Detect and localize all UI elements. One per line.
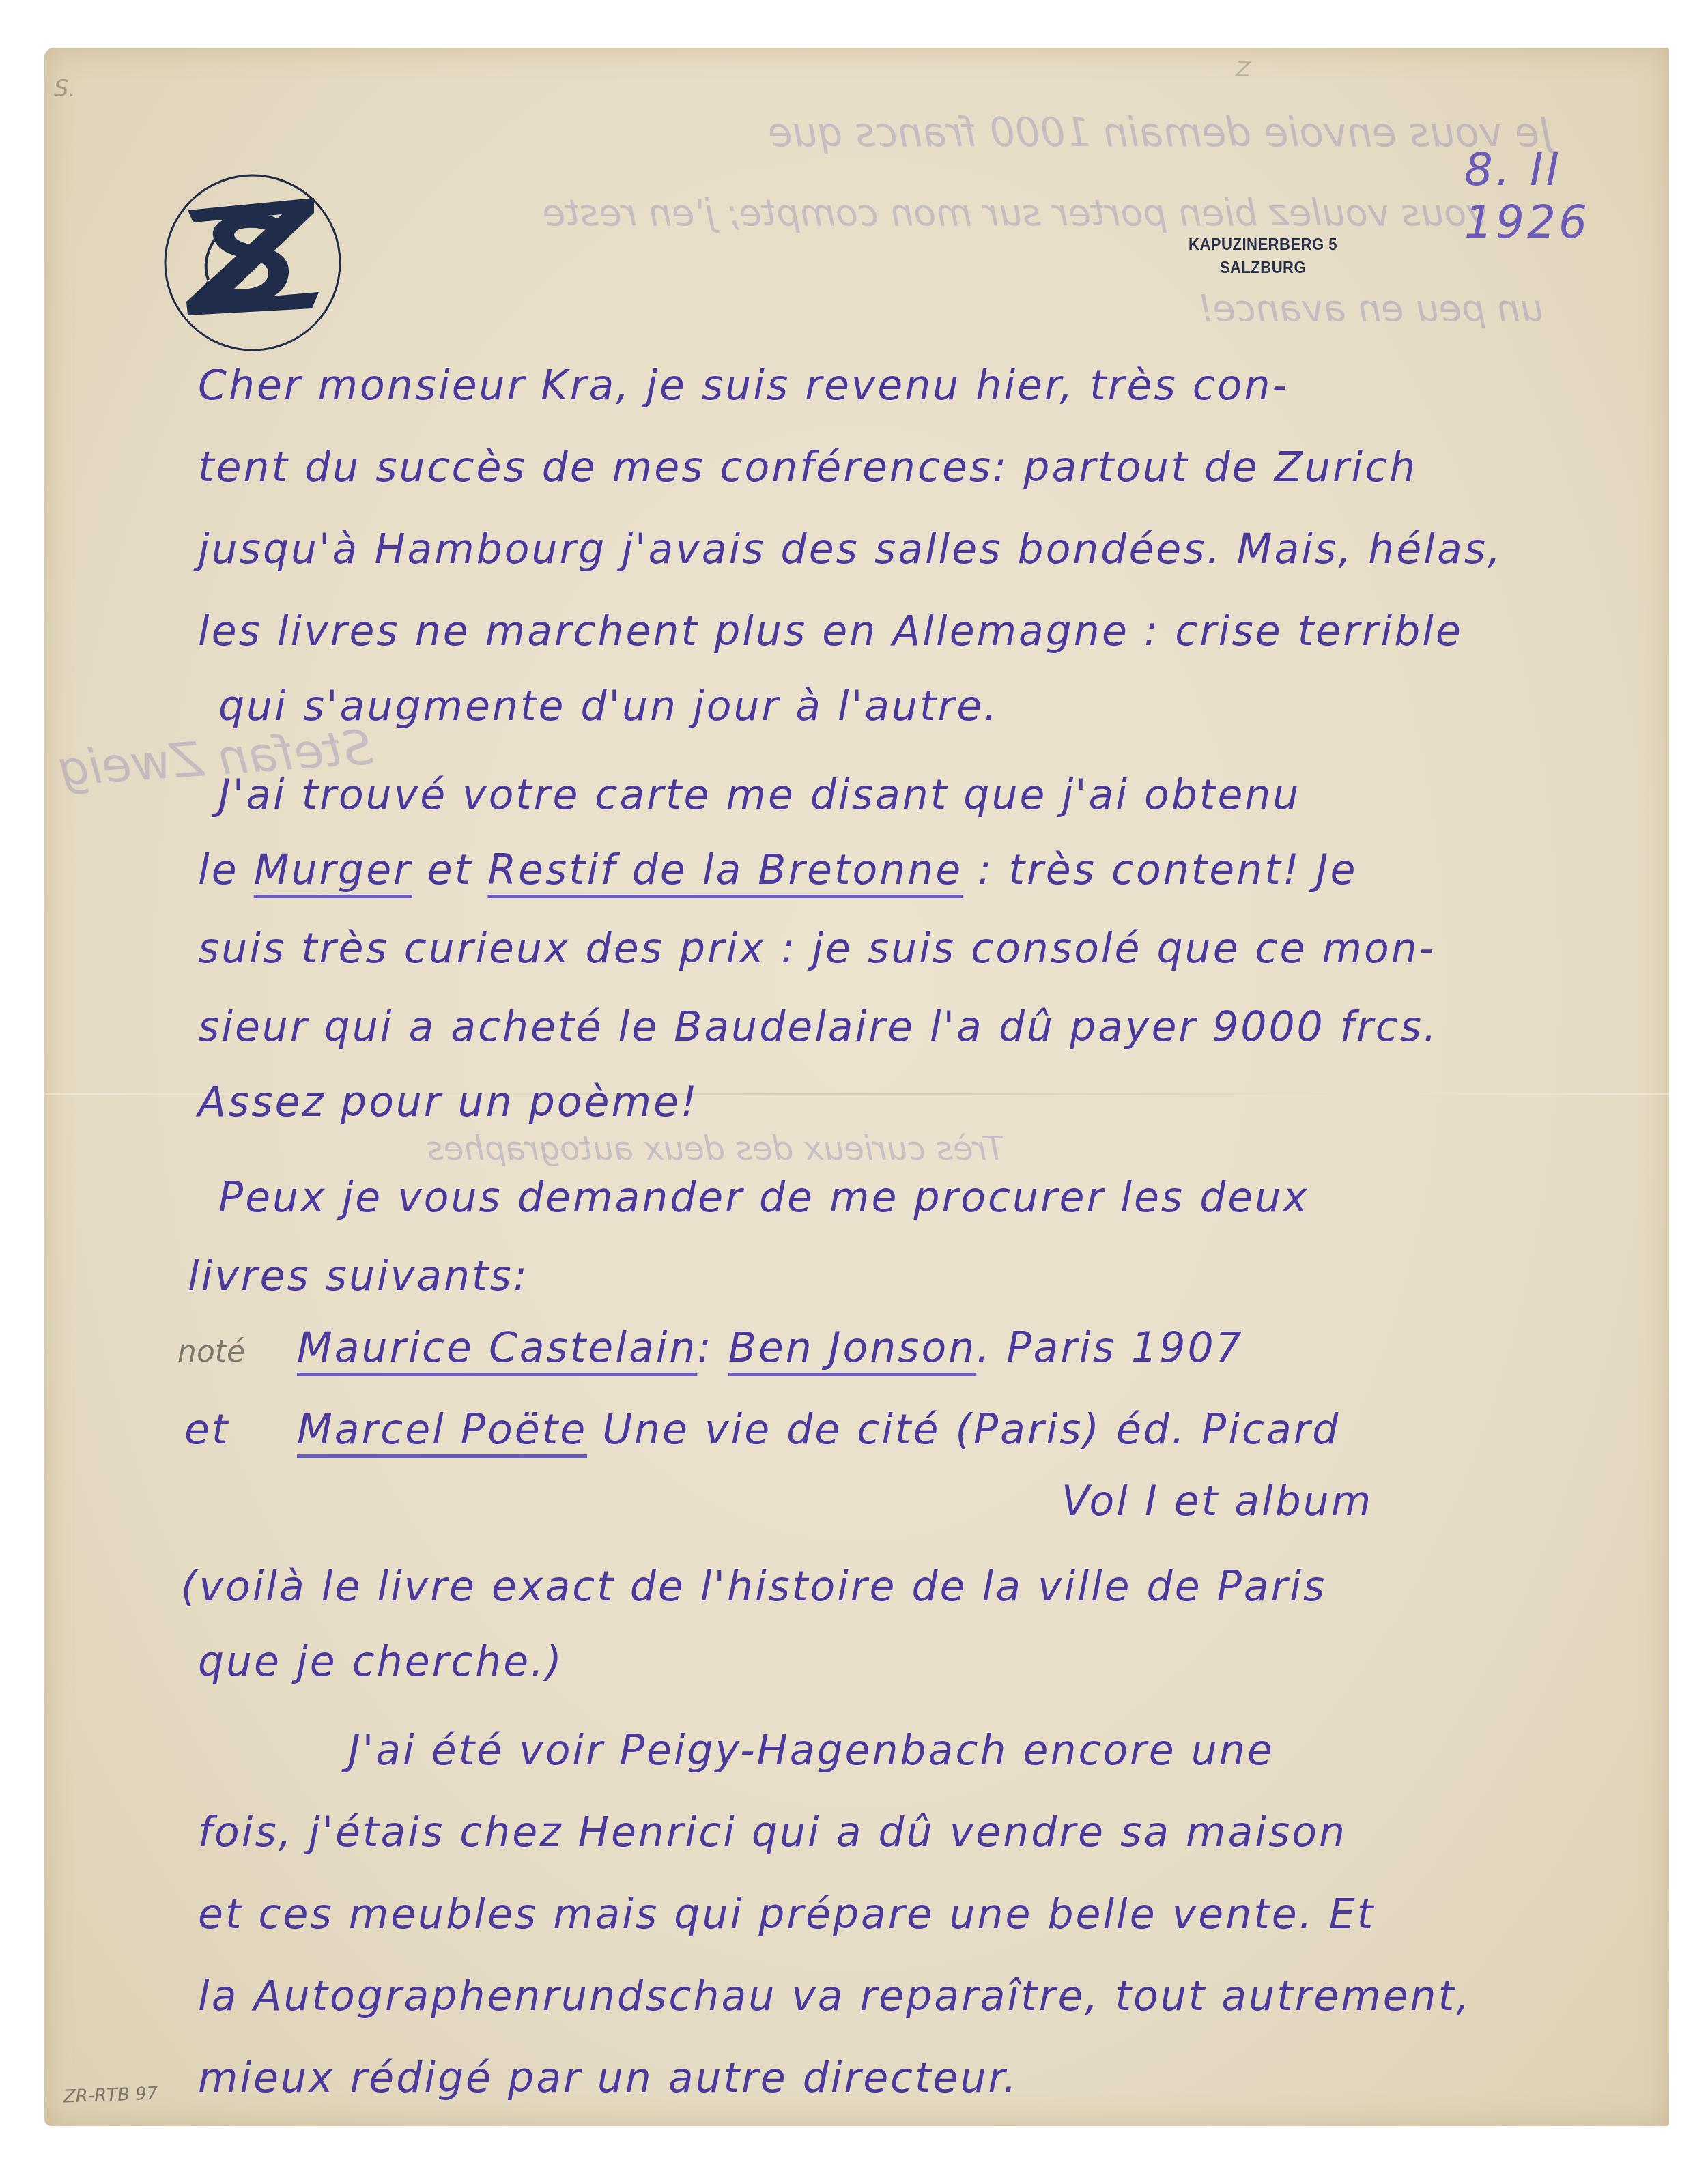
book-list-item: Maurice Castelain: Ben Jonson. Paris 190…: [297, 1324, 1244, 1372]
text: :: [697, 1324, 728, 1372]
body-line: Peux je vous demander de me procurer les…: [218, 1174, 1309, 1222]
address-street: KAPUZINERBERG 5: [1150, 233, 1376, 257]
text: : très content! Je: [963, 846, 1357, 894]
pencil-mark-top-left: S.: [54, 75, 76, 102]
book-title: Ben Jonson: [728, 1324, 977, 1372]
bleed-through-line: vous voulez bien porter sur mon compte; …: [543, 191, 1488, 234]
body-line: jusqu'à Hambourg j'avais des salles bond…: [198, 526, 1503, 573]
body-line: suis très curieux des prix : je suis con…: [198, 925, 1436, 973]
book-author: Maurice Castelain: [297, 1324, 697, 1372]
text: Une vie de cité (Paris) éd. Picard: [602, 1406, 1340, 1454]
body-line: qui s'augmente d'un jour à l'autre.: [218, 682, 999, 730]
bleed-through-line: Je vous envoie demain 1000 francs que: [768, 109, 1551, 156]
book-list-continuation: Vol I et album: [1062, 1478, 1373, 1525]
body-line: Cher monsieur Kra, je suis revenu hier, …: [198, 362, 1289, 409]
address-city: SALZBURG: [1150, 257, 1376, 280]
text: le: [198, 846, 254, 894]
sz-monogram-logo-icon: [160, 171, 345, 355]
book-list-item: Marcel Poëte Une vie de cité (Paris) éd.…: [297, 1406, 1340, 1454]
text: . Paris 1907: [976, 1324, 1243, 1372]
underlined-title: Restif de la Bretonne: [487, 846, 963, 894]
body-line-books-obtained: le Murger et Restif de la Bretonne : trè…: [198, 846, 1357, 894]
archive-number: ZR-RTB 97: [63, 2084, 158, 2108]
body-line: la Autographenrundschau va reparaître, t…: [198, 1972, 1471, 2020]
letter-page: Je vous envoie demain 1000 francs que vo…: [44, 48, 1669, 2126]
margin-note: noté: [177, 1334, 245, 1369]
body-line: que je cherche.): [198, 1638, 564, 1686]
body-line: sieur qui a acheté le Baudelaire l'a dû …: [198, 1003, 1438, 1051]
body-line: et ces meubles mais qui prépare une bell…: [198, 1891, 1375, 1938]
body-line: (voilà le livre exact de l'histoire de l…: [181, 1563, 1326, 1611]
bleed-through-line: Très curieux des deux autographes: [427, 1130, 1004, 1168]
text: [587, 1406, 602, 1454]
book-author: Marcel Poëte: [297, 1406, 587, 1454]
body-line: les livres ne marchent plus en Allemagne…: [198, 607, 1463, 655]
letterhead-address: KAPUZINERBERG 5 SALZBURG: [1150, 233, 1376, 280]
body-line: mieux rédigé par un autre directeur.: [198, 2054, 1019, 2102]
text: et: [412, 846, 488, 894]
body-line: Assez pour un poème!: [198, 1078, 699, 1126]
pencil-mark-top: Z: [1236, 56, 1251, 82]
book-list-marker: et: [184, 1406, 229, 1454]
body-line: tent du succès de mes conférences: parto…: [198, 444, 1417, 491]
body-line: J'ai été voir Peigy-Hagenbach encore une: [348, 1727, 1275, 1774]
body-line: livres suivants:: [188, 1252, 529, 1300]
body-line: fois, j'étais chez Henrici qui a dû vend…: [198, 1809, 1347, 1856]
bleed-through-line: un peu en avance!: [1198, 287, 1543, 330]
letter-date: 8. II 1926: [1464, 143, 1669, 248]
body-line: J'ai trouvé votre carte me disant que j'…: [218, 771, 1300, 819]
underlined-title: Murger: [254, 846, 412, 894]
